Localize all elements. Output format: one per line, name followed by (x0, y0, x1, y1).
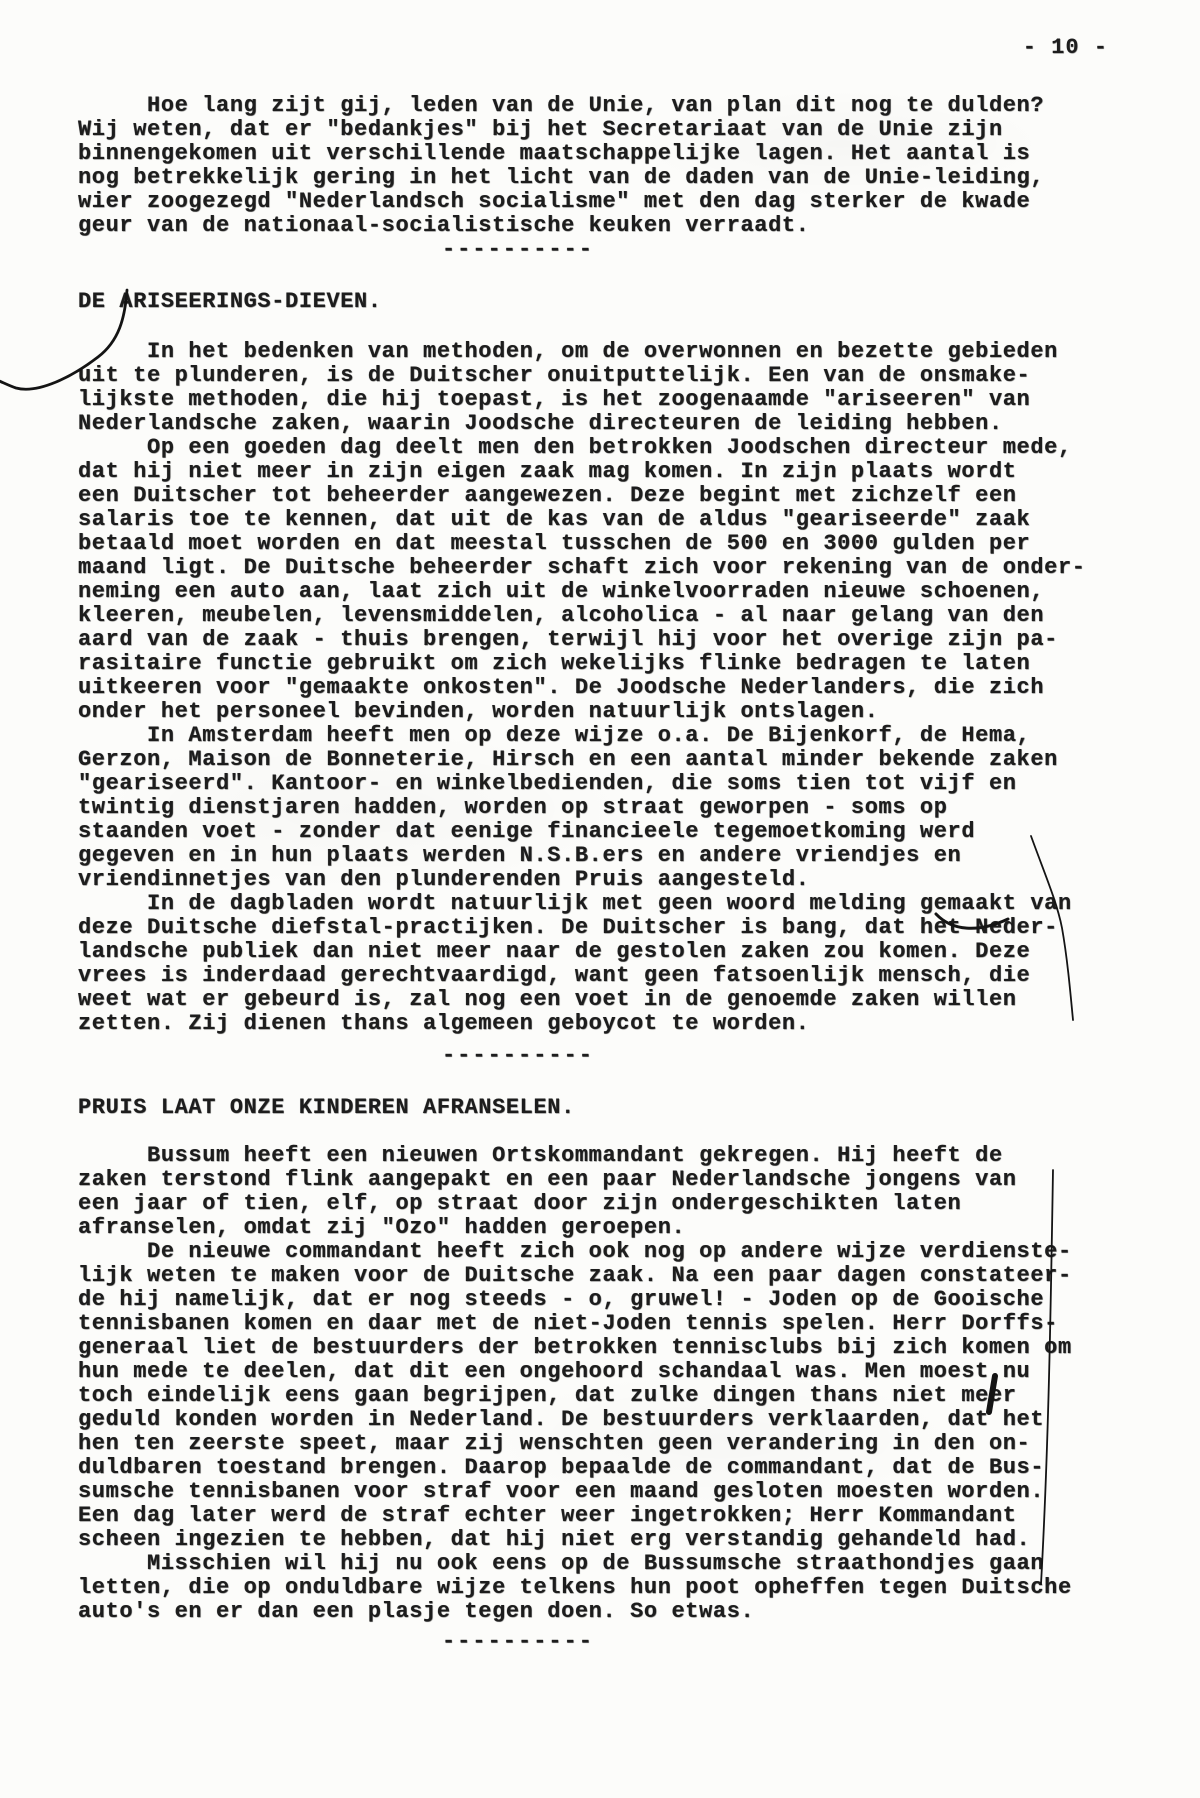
text-line: Op een goeden dag deelt men den betrokke… (78, 436, 1153, 460)
paragraph: Hoe lang zijt gij, leden van de Unie, va… (78, 94, 1153, 238)
paragraph: In de dagbladen wordt natuurlijk met gee… (78, 892, 1153, 1036)
text-line: Hoe lang zijt gij, leden van de Unie, va… (78, 94, 1153, 118)
text-line: staanden voet - zonder dat eenige financ… (78, 820, 1153, 844)
paragraph: De nieuwe commandant heeft zich ook nog … (78, 1240, 1153, 1552)
text-line: hen ten zeerste speet, maar zij wenschte… (78, 1432, 1153, 1456)
text-line: Misschien wil hij nu ook eens op de Buss… (78, 1552, 1153, 1576)
text-line: sumsche tennisbanen voor straf voor een … (78, 1480, 1153, 1504)
text-line: lijk weten te maken voor de Duitsche zaa… (78, 1264, 1153, 1288)
section-divider: ---------- (78, 1044, 958, 1068)
text-line: lijkste methoden, die hij toepast, is he… (78, 388, 1153, 412)
text-line: Een dag later werd de straf echter weer … (78, 1504, 1153, 1528)
text-line: gegeven en in hun plaats werden N.S.B.er… (78, 844, 1153, 868)
text-line: maand ligt. De Duitsche beheerder schaft… (78, 556, 1153, 580)
text-line: auto's en er dan een plasje tegen doen. … (78, 1600, 1153, 1624)
text-line: dat hij niet meer in zijn eigen zaak mag… (78, 460, 1153, 484)
text-line: rasitaire functie gebruikt om zich wekel… (78, 652, 1153, 676)
text-line: afranselen, omdat zij "Ozo" hadden geroe… (78, 1216, 1153, 1240)
section-heading: DE ARISEERINGS-DIEVEN. (78, 290, 1153, 314)
paragraph: In het bedenken van methoden, om de over… (78, 340, 1153, 436)
paragraph: In Amsterdam heeft men op deze wijze o.a… (78, 724, 1153, 892)
text-line: de hij namelijk, dat er nog steeds - o, … (78, 1288, 1153, 1312)
text-line: nog betrekkelijk gering in het licht van… (78, 166, 1153, 190)
text-line: tennisbanen komen en daar met de niet-Jo… (78, 1312, 1153, 1336)
page-number: - 10 - (1023, 36, 1108, 60)
text-line: binnengekomen uit verschillende maatscha… (78, 142, 1153, 166)
text-line: een Duitscher tot beheerder aangewezen. … (78, 484, 1153, 508)
text-line: neming een auto aan, laat zich uit de wi… (78, 580, 1153, 604)
text-line: salaris toe te kennen, dat uit de kas va… (78, 508, 1153, 532)
text-line: wier zoogezegd "Nederlandsch socialisme"… (78, 190, 1153, 214)
text-line: weet wat er gebeurd is, zal nog een voet… (78, 988, 1153, 1012)
text-line: In Amsterdam heeft men op deze wijze o.a… (78, 724, 1153, 748)
text-line: geur van de nationaal-socialistische keu… (78, 214, 1153, 238)
text-line: hun mede te deelen, dat dit een ongehoor… (78, 1360, 1153, 1384)
text-line: aard van de zaak - thuis brengen, terwij… (78, 628, 1153, 652)
text-line: "geariseerd". Kantoor- en winkelbediende… (78, 772, 1153, 796)
text-line: Bussum heeft een nieuwen Ortskommandant … (78, 1144, 1153, 1168)
text-line: geduld konden worden in Nederland. De be… (78, 1408, 1153, 1432)
section-divider: ---------- (78, 1630, 958, 1654)
text-line: vrees is inderdaad gerechtvaardigd, want… (78, 964, 1153, 988)
section-divider: ---------- (78, 238, 958, 262)
text-line: landsche publiek dan niet meer naar de g… (78, 940, 1153, 964)
text-line: De nieuwe commandant heeft zich ook nog … (78, 1240, 1153, 1264)
text-line: uit te plunderen, is de Duitscher onuitp… (78, 364, 1153, 388)
text-line: vriendinnetjes van den plunderenden Prui… (78, 868, 1153, 892)
text-line: Gerzon, Maison de Bonneterie, Hirsch en … (78, 748, 1153, 772)
text-line: Wij weten, dat er "bedankjes" bij het Se… (78, 118, 1153, 142)
text-line: generaal liet de bestuurders der betrokk… (78, 1336, 1153, 1360)
paragraph: Misschien wil hij nu ook eens op de Buss… (78, 1552, 1153, 1624)
document-page: - 10 - Hoe lang zijt gij, leden van de U… (0, 0, 1200, 1798)
text-line: uitkeeren voor "gemaakte onkosten". De J… (78, 676, 1153, 700)
text-line: een jaar of tien, elf, op straat door zi… (78, 1192, 1153, 1216)
text-line: zetten. Zij dienen thans algemeen geboyc… (78, 1012, 1153, 1036)
text-line: toch eindelijk eens gaan begrijpen, dat … (78, 1384, 1153, 1408)
paragraph: Op een goeden dag deelt men den betrokke… (78, 436, 1153, 724)
body-column: Hoe lang zijt gij, leden van de Unie, va… (78, 94, 1153, 1654)
text-line: In de dagbladen wordt natuurlijk met gee… (78, 892, 1153, 916)
paragraph: Bussum heeft een nieuwen Ortskommandant … (78, 1144, 1153, 1240)
text-line: letten, die op onduldbare wijze telkens … (78, 1576, 1153, 1600)
text-line: betaald moet worden en dat meestal tussc… (78, 532, 1153, 556)
text-line: onder het personeel bevinden, worden nat… (78, 700, 1153, 724)
text-line: scheen ingezien te hebben, dat hij niet … (78, 1528, 1153, 1552)
text-line: kleeren, meubelen, levensmiddelen, alcoh… (78, 604, 1153, 628)
section-heading: PRUIS LAAT ONZE KINDEREN AFRANSELEN. (78, 1096, 1153, 1120)
text-line: zaken terstond flink aangepakt en een pa… (78, 1168, 1153, 1192)
text-line: deze Duitsche diefstal-practijken. De Du… (78, 916, 1153, 940)
text-line: In het bedenken van methoden, om de over… (78, 340, 1153, 364)
text-line: twintig dienstjaren hadden, worden op st… (78, 796, 1153, 820)
text-line: duldbaren toestand brengen. Daarop bepaa… (78, 1456, 1153, 1480)
text-line: Nederlandsche zaken, waarin Joodsche dir… (78, 412, 1153, 436)
